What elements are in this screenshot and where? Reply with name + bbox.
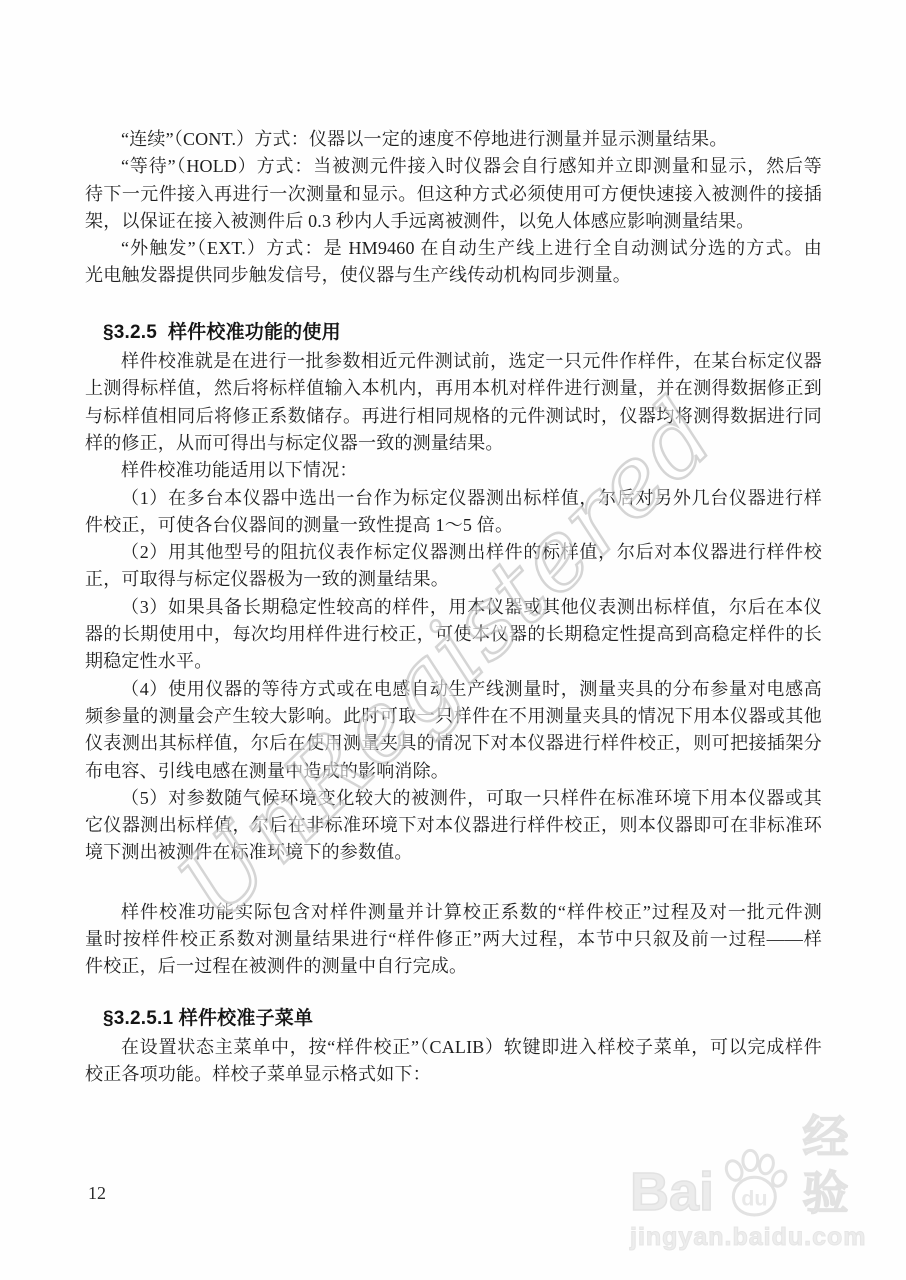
text-line: （1）在多台本仪器中选出一台作为标定仪器测出标样值，尔后对另外几台仪器进行样 xyxy=(85,485,822,512)
text-line: 架，以保证在接入被测件后 0.3 秒内人手远离被测件，以免人体感应影响测量结果。 xyxy=(85,208,822,235)
jingyan-cn-wordmark: 经验 xyxy=(792,1109,860,1221)
text-line: （2）用其他型号的阻抗仪表作标定仪器测出样件的标样值，尔后对本仪器进行样件校 xyxy=(85,539,822,566)
calib-usage-intro: 样件校准功能适用以下情况： xyxy=(85,457,822,484)
text-line: 在设置状态主菜单中，按“样件校正”（CALIB）软键即进入样校子菜单，可以完成样… xyxy=(85,1034,822,1061)
text-line: 样件校准就是在进行一批参数相近元件测试前，选定一只元件作样件，在某台标定仪器 xyxy=(85,348,822,375)
text-line: 布电容、引线电感在测量中造成的影响消除。 xyxy=(85,758,822,785)
calib-case-3: （3）如果具备长期稳定性较高的样件，用本仪器或其他仪表测出标样值，尔后在本仪器的… xyxy=(85,594,822,676)
calib-process-note: 样件校准功能实际包含对样件测量并计算校正系数的“样件校正”过程及对一批元件测量时… xyxy=(85,899,822,981)
text-line: §3.2.5 样件校准功能的使用 xyxy=(103,319,822,346)
calib-case-5: （5）对参数随气候环境变化较大的被测件，可取一只样件在标准环境下用本仪器或其它仪… xyxy=(85,785,822,867)
document-body: “连续”（CONT.）方式：仪器以一定的速度不停地进行测量并显示测量结果。“等待… xyxy=(85,126,822,1089)
text-line: 境下测出被测件在标准环境下的参数值。 xyxy=(85,839,822,866)
text-line: “连续”（CONT.）方式：仪器以一定的速度不停地进行测量并显示测量结果。 xyxy=(85,126,822,153)
baidu-paw-du-text: du xyxy=(741,1187,767,1211)
intro-cont-mode: “连续”（CONT.）方式：仪器以一定的速度不停地进行测量并显示测量结果。 xyxy=(85,126,822,153)
baidu-jingyan-logo: Bai du 经验 jingyan.baidu.com xyxy=(630,1147,860,1252)
text-line: 仪表测出其标样值，尔后在使用测量夹具的情况下对本仪器进行样件校正，则可把接插架分 xyxy=(85,730,822,757)
baidu-wordmark: Bai xyxy=(630,1163,714,1221)
text-line: 它仪器测出标样值，尔后在非标准环境下对本仪器进行样件校正，则本仪器即可在非标准环 xyxy=(85,812,822,839)
text-line: 件校正，后一过程在被测件的测量中自行完成。 xyxy=(85,953,822,980)
text-line: （5）对参数随气候环境变化较大的被测件，可取一只样件在标准环境下用本仪器或其 xyxy=(85,785,822,812)
text-line: “外触发”（EXT.）方式：是 HM9460 在自动生产线上进行全自动测试分选的… xyxy=(85,235,822,262)
text-line: “等待”（HOLD）方式：当被测元件接入时仪器会自行感知并立即测量和显示，然后等 xyxy=(85,153,822,180)
text-line: 量时按样件校正系数对测量结果进行“样件修正”两大过程，本节中只叙及前一过程——样 xyxy=(85,926,822,953)
text-line: 校正各项功能。样校子菜单显示格式如下： xyxy=(85,1061,822,1088)
jingyan-url: jingyan.baidu.com xyxy=(630,1223,860,1252)
text-line: 样件校准功能适用以下情况： xyxy=(85,457,822,484)
text-line: 器的长期使用中，每次均用样件进行校正，可使本仪器的长期稳定性提高到高稳定样件的长 xyxy=(85,621,822,648)
section-heading-3-2-5: §3.2.5 样件校准功能的使用 xyxy=(85,319,822,346)
calib-case-2: （2）用其他型号的阻抗仪表作标定仪器测出样件的标样值，尔后对本仪器进行样件校正，… xyxy=(85,539,822,594)
text-line: 样件校准功能实际包含对样件测量并计算校正系数的“样件校正”过程及对一批元件测 xyxy=(85,899,822,926)
intro-ext-mode: “外触发”（EXT.）方式：是 HM9460 在自动生产线上进行全自动测试分选的… xyxy=(85,235,822,290)
text-line: 件校正，可使各台仪器间的测量一致性提高 1～5 倍。 xyxy=(85,512,822,539)
intro-hold-mode: “等待”（HOLD）方式：当被测元件接入时仪器会自行感知并立即测量和显示，然后等… xyxy=(85,153,822,235)
calib-overview: 样件校准就是在进行一批参数相近元件测试前，选定一只元件作样件，在某台标定仪器上测… xyxy=(85,348,822,457)
baidu-logo-row: Bai du 经验 xyxy=(630,1147,860,1221)
text-line: 待下一元件接入再进行一次测量和显示。但这种方式必须使用可方便快速接入被测件的接插 xyxy=(85,181,822,208)
text-line: 上测得标样值，然后将标样值输入本机内，再用本机对样件进行测量，并在测得数据修正到 xyxy=(85,375,822,402)
calib-case-1: （1）在多台本仪器中选出一台作为标定仪器测出标样值，尔后对另外几台仪器进行样件校… xyxy=(85,485,822,540)
text-line: （3）如果具备长期稳定性较高的样件，用本仪器或其他仪表测出标样值，尔后在本仪 xyxy=(85,594,822,621)
submenu-intro: 在设置状态主菜单中，按“样件校正”（CALIB）软键即进入样校子菜单，可以完成样… xyxy=(85,1034,822,1089)
document-page: “连续”（CONT.）方式：仪器以一定的速度不停地进行测量并显示测量结果。“等待… xyxy=(0,0,906,1280)
text-line: 样的修正，从而可得出与标定仪器一致的测量结果。 xyxy=(85,430,822,457)
text-line: 期稳定性水平。 xyxy=(85,648,822,675)
section-heading-3-2-5-1: §3.2.5.1 样件校准子菜单 xyxy=(85,1005,822,1032)
page-number: 12 xyxy=(88,1183,106,1204)
text-line: 与标样值相同后将修正系数储存。再进行相同规格的元件测试时，仪器均将测得数据进行同 xyxy=(85,403,822,430)
text-line: （4）使用仪器的等待方式或在电感自动生产线测量时，测量夹具的分布参量对电感高 xyxy=(85,676,822,703)
text-line: 光电触发器提供同步触发信号，使仪器与生产线传动机构同步测量。 xyxy=(85,262,822,289)
text-line: 频参量的测量会产生较大影响。此时可取一只样件在不用测量夹具的情况下用本仪器或其他 xyxy=(85,703,822,730)
text-line: §3.2.5.1 样件校准子菜单 xyxy=(103,1005,822,1032)
text-line: 正，可取得与标定仪器极为一致的测量结果。 xyxy=(85,566,822,593)
calib-case-4: （4）使用仪器的等待方式或在电感自动生产线测量时，测量夹具的分布参量对电感高频参… xyxy=(85,676,822,785)
baidu-paw-icon: du xyxy=(716,1147,790,1221)
